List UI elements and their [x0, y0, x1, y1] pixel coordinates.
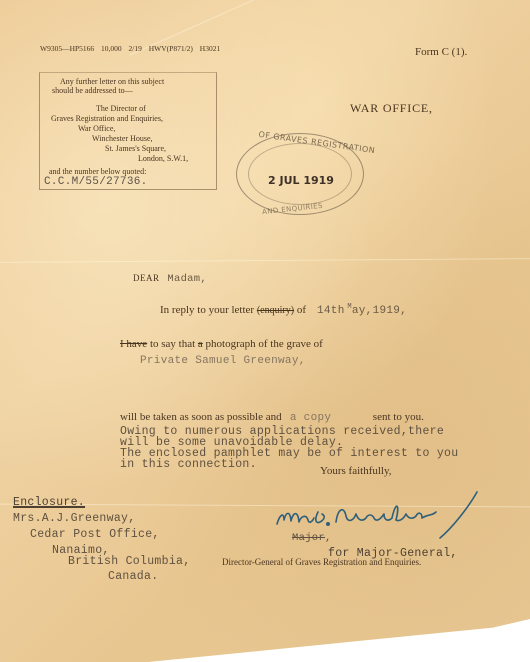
recipient-line: British Columbia,	[68, 555, 190, 568]
office-heading: WAR OFFICE,	[350, 101, 433, 116]
will-be-text: will be taken as soon as possible and	[120, 411, 282, 423]
closing: Yours faithfully,	[320, 465, 392, 477]
copy-text: a copy	[290, 412, 331, 424]
address-line: London, S.W.1,	[138, 154, 188, 163]
address-line: Graves Registration and Enquiries,	[51, 114, 163, 123]
reply-of: of	[297, 304, 306, 316]
body-line-will-be-taken: will be taken as soon as possible and a …	[120, 411, 424, 424]
recipient-line: Canada.	[108, 570, 158, 583]
reply-line: In reply to your letter (enquiry) of 14t…	[160, 303, 407, 317]
photograph-text: photograph of the grave of	[206, 338, 323, 350]
have-rest: to say that	[150, 338, 195, 350]
address-line: The Director of	[96, 104, 146, 113]
subject-name: Private Samuel Greenway,	[140, 355, 306, 367]
greeting-prefix: Dear	[133, 273, 160, 283]
struck-i-have: I have	[120, 338, 147, 350]
address-line: should be addressed to—	[52, 86, 133, 95]
struck-title-text: Major	[292, 532, 325, 544]
reply-date-rest: ay,1919,	[352, 305, 407, 317]
sent-text: sent to you.	[373, 411, 424, 423]
struck-title-suffix: ,	[325, 532, 332, 544]
address-line: Winchester House,	[92, 134, 153, 143]
reference-number: C.C.M/55/27736.	[44, 176, 148, 188]
print-code: W9305—HP5166 10,000 2/19 HWV(P871/2) H30…	[40, 44, 220, 53]
address-line: Any further letter on this subject	[60, 77, 164, 86]
typed-line: in this connection.	[120, 459, 257, 470]
reply-struck-word: (enquiry)	[257, 305, 294, 316]
address-line: and the number below quoted:	[49, 167, 146, 176]
struck-title: Major,	[292, 532, 332, 544]
form-number: Form C (1).	[415, 46, 467, 58]
recipient-line: Mrs.A.J.Greenway,	[13, 512, 135, 525]
reply-prefix: In reply to your letter	[160, 304, 254, 316]
struck-a: a	[198, 338, 203, 350]
stamp-date: 2 JUL 1919	[268, 174, 334, 187]
greeting-name: Madam,	[167, 273, 207, 285]
body-line-photograph: I have to say that a photograph of the g…	[120, 338, 323, 350]
greeting: Dear Madam,	[133, 273, 207, 285]
reply-date-day: 14th	[317, 305, 345, 317]
address-line: War Office,	[78, 124, 115, 133]
address-line: St. James's Square,	[105, 144, 166, 153]
recipient-line: Cedar Post Office,	[30, 528, 160, 541]
enclosure-label: Enclosure.	[13, 496, 85, 509]
signatory-title: Director-General of Graves Registration …	[222, 557, 421, 567]
